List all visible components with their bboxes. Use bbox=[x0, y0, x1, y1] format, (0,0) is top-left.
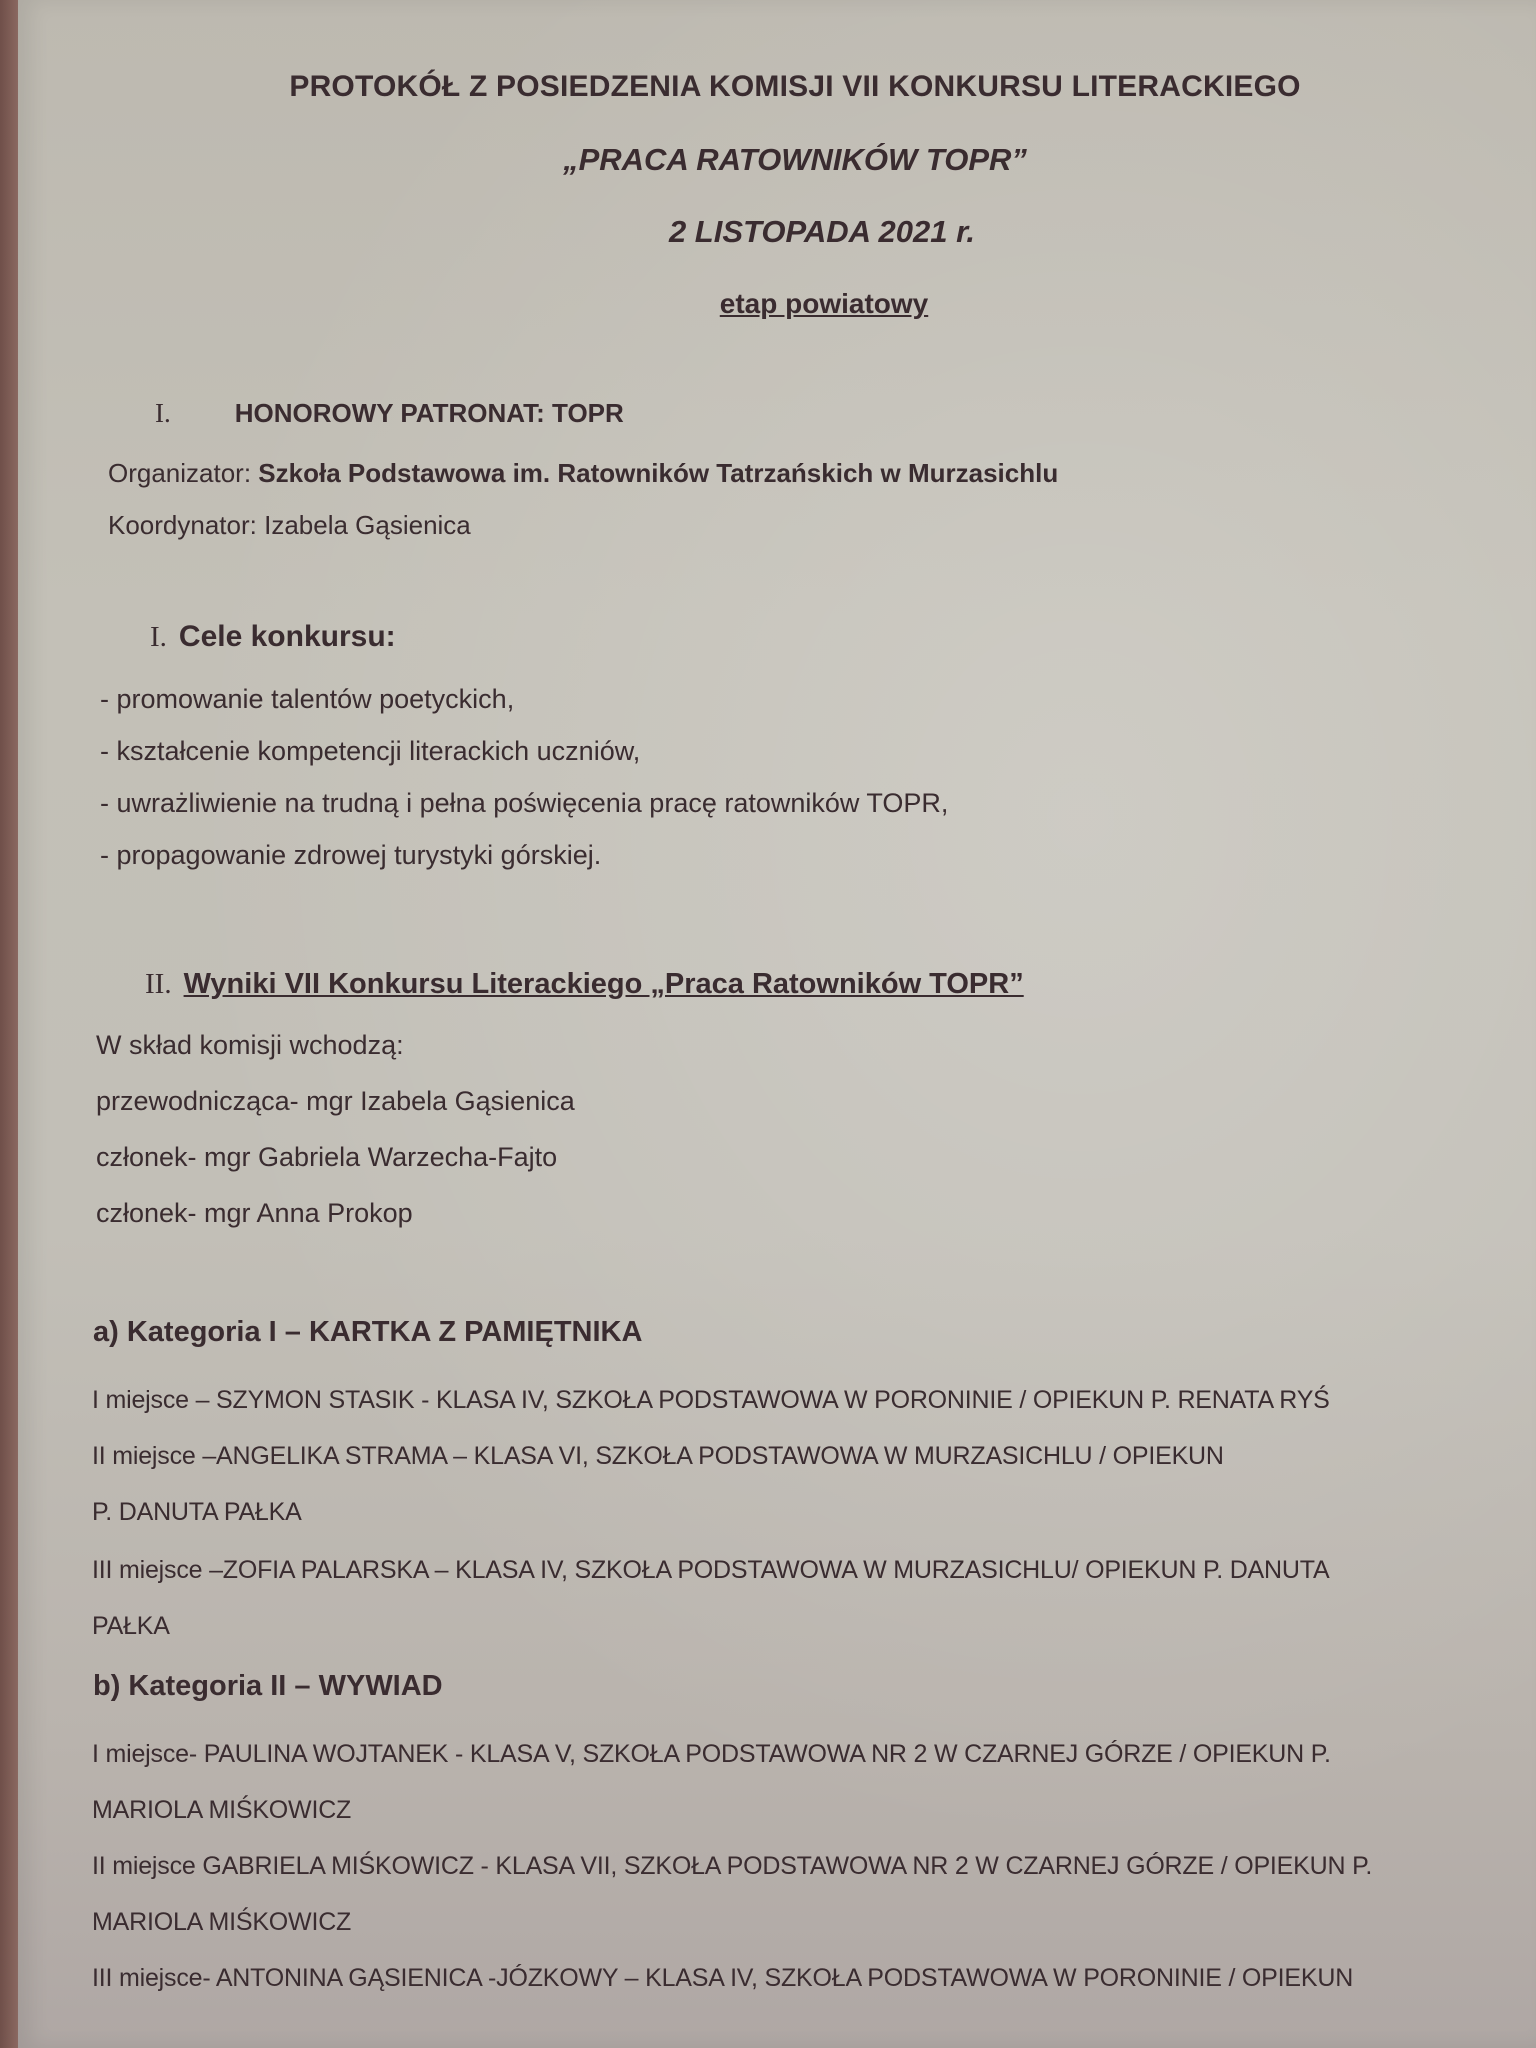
result-line: III miejsce- ANTONINA GĄSIENICA -JÓZKOWY… bbox=[92, 1964, 1353, 1993]
result-line: III miejsce –ZOFIA PALARSKA – KLASA IV, … bbox=[92, 1556, 1329, 1585]
document-date: 2 LISTOPADA 2021 r. bbox=[0, 214, 1536, 250]
result-line: MARIOLA MIŚKOWICZ bbox=[92, 1908, 351, 1937]
category-heading: b) Kategoria II – WYWIAD bbox=[93, 1670, 443, 1703]
coordinator-line: Koordynator: Izabela Gąsienica bbox=[108, 510, 471, 541]
contest-name: „PRACA RATOWNIKÓW TOPR” bbox=[0, 142, 1536, 178]
result-line: I miejsce- PAULINA WOJTANEK - KLASA V, S… bbox=[92, 1740, 1331, 1769]
section-number: II. bbox=[145, 968, 172, 1000]
committee-member: członek- mgr Gabriela Warzecha-Fajto bbox=[96, 1142, 557, 1173]
organizer-label: Organizator: bbox=[108, 458, 258, 488]
stage-label: etap powiatowy bbox=[0, 288, 1536, 320]
result-line: PAŁKA bbox=[92, 1612, 170, 1641]
document-title: PROTOKÓŁ Z POSIEDZENIA KOMISJI VII KONKU… bbox=[0, 70, 1536, 104]
section-number: I. bbox=[150, 621, 167, 653]
goal-item: - promowanie talentów poetyckich, bbox=[100, 684, 514, 715]
result-line: I miejsce – SZYMON STASIK - KLASA IV, SZ… bbox=[92, 1386, 1330, 1415]
goal-item: - kształcenie kompetencji literackich uc… bbox=[100, 736, 640, 767]
goal-item: - uwrażliwienie na trudną i pełna poświę… bbox=[100, 788, 948, 819]
section-title: Wyniki VII Konkursu Literackiego „Praca … bbox=[184, 968, 1024, 1000]
section-number: I. bbox=[155, 398, 171, 428]
section-results-heading: II.Wyniki VII Konkursu Literackiego „Pra… bbox=[145, 968, 1024, 1001]
result-line: II miejsce GABRIELA MIŚKOWICZ - KLASA VI… bbox=[92, 1852, 1372, 1881]
section-title: Cele konkursu: bbox=[179, 620, 396, 653]
committee-intro: W skład komisji wchodzą: bbox=[96, 1030, 404, 1061]
section-patronage-heading: I.HONOROWY PATRONAT: TOPR bbox=[155, 398, 624, 429]
category-heading: a) Kategoria I – KARTKA Z PAMIĘTNIKA bbox=[93, 1316, 642, 1349]
organizer-line: Organizator: Szkoła Podstawowa im. Ratow… bbox=[108, 458, 1058, 489]
result-line: II miejsce –ANGELIKA STRAMA – KLASA VI, … bbox=[92, 1442, 1224, 1471]
committee-member: członek- mgr Anna Prokop bbox=[96, 1198, 413, 1229]
goal-item: - propagowanie zdrowej turystyki górskie… bbox=[100, 840, 601, 871]
result-line: MARIOLA MIŚKOWICZ bbox=[92, 1796, 351, 1825]
section-goals-heading: I.Cele konkursu: bbox=[150, 620, 396, 654]
result-line: P. DANUTA PAŁKA bbox=[92, 1498, 302, 1527]
organizer-value: Szkoła Podstawowa im. Ratowników Tatrzań… bbox=[258, 458, 1058, 488]
section-title: HONOROWY PATRONAT: TOPR bbox=[235, 398, 624, 428]
committee-member: przewodnicząca- mgr Izabela Gąsienica bbox=[96, 1086, 575, 1117]
